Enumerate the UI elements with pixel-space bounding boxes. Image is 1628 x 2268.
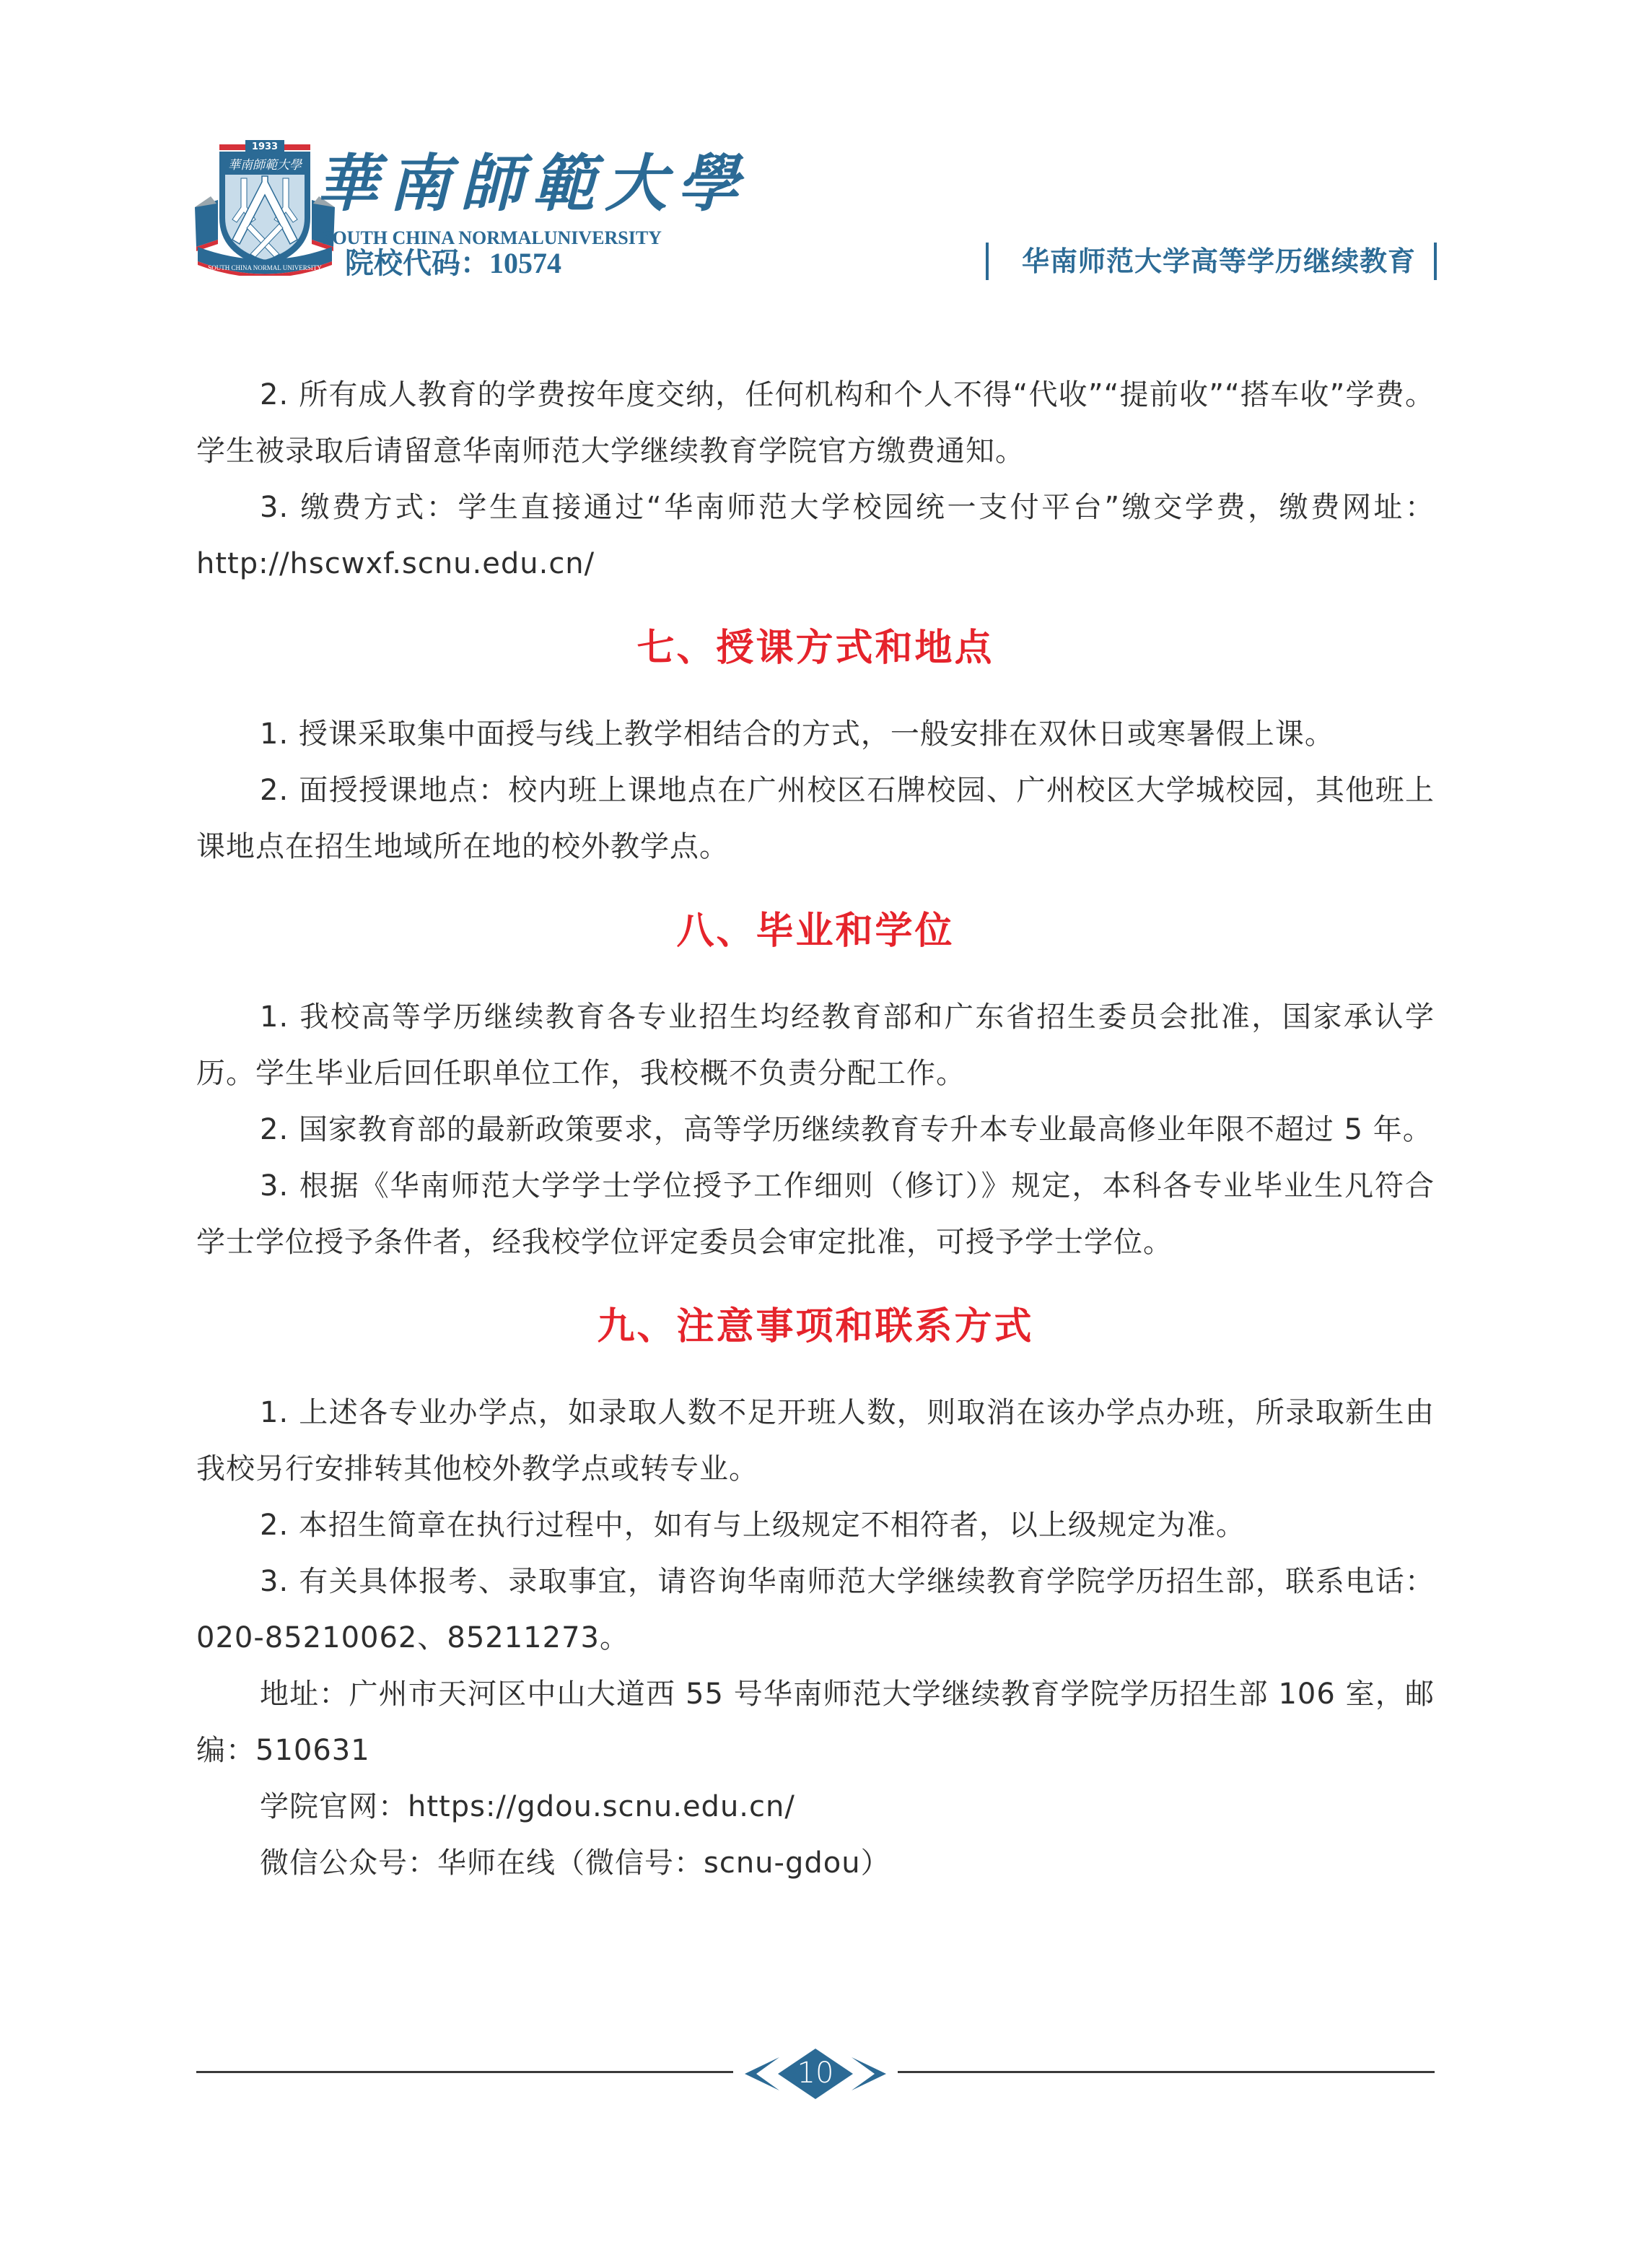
paragraph-teaching-mode: 1. 授课采取集中面授与线上教学相结合的方式，一般安排在双休日或寒暑假上课。 (196, 706, 1435, 762)
page-number: 10 (745, 2054, 886, 2092)
paragraph-regulation-priority: 2. 本招生简章在执行过程中，如有与上级规定不相符者，以上级规定为准。 (196, 1497, 1435, 1553)
svg-text:華南師範大學: 華南師範大學 (228, 158, 303, 173)
header-divider-left (986, 243, 989, 280)
header-section-title: 华南师范大学高等学历继续教育 (986, 243, 1437, 280)
paragraph-graduation-approval: 1. 我校高等学历继续教育各专业招生均经教育部和广东省招生委员会批准，国家承认学… (196, 989, 1435, 1102)
paragraph-contact-phone: 3. 有关具体报考、录取事宜，请咨询华南师范大学继续教育学院学历招生部，联系电话… (196, 1553, 1435, 1666)
header-divider-right (1434, 243, 1437, 280)
footer-rule-right (898, 2071, 1435, 2073)
footer-rule-left (196, 2071, 733, 2073)
university-english-name: SOUTH CHINA NORMALUNIVERSITY (322, 227, 662, 249)
paragraph-website: 学院官网：https://gdou.scnu.edu.cn/ (196, 1779, 1435, 1835)
school-code: 院校代码：10574 (345, 247, 561, 280)
paragraph-address: 地址：广州市天河区中山大道西 55 号华南师范大学继续教育学院学历招生部 106… (196, 1666, 1435, 1779)
paragraph-payment-method: 3. 缴费方式：学生直接通过“华南师范大学校园统一支付平台”缴交学费，缴费网址：… (196, 479, 1435, 592)
svg-text:SOUTH CHINA NORMAL UNIVERSITY: SOUTH CHINA NORMAL UNIVERSITY (208, 264, 322, 271)
paragraph-degree-award: 3. 根据《华南师范大学学士学位授予工作细则（修订）》规定，本科各专业毕业生凡符… (196, 1158, 1435, 1270)
section-title-notes-contact: 九、注意事项和联系方式 (196, 1298, 1435, 1356)
document-body: 2. 所有成人教育的学费按年度交纳，任何机构和个人不得“代收”“提前收”“搭车收… (196, 367, 1435, 1891)
paragraph-teaching-location: 2. 面授授课地点：校内班上课地点在广州校区石牌校园、广州校区大学城校园，其他班… (196, 762, 1435, 875)
page-footer: 10 (196, 2049, 1435, 2099)
paragraph-wechat: 微信公众号：华师在线（微信号：scnu-gdou） (196, 1835, 1435, 1891)
university-logo-calligraphy: 華南師範大學 (316, 148, 749, 220)
header-title-text: 华南师范大学高等学历继续教育 (1022, 244, 1416, 279)
svg-text:1933: 1933 (252, 141, 278, 152)
paragraph-class-cancellation: 1. 上述各专业办学点，如录取人数不足开班人数，则取消在该办学点办班，所录取新生… (196, 1384, 1435, 1497)
paragraph-tuition-payment: 2. 所有成人教育的学费按年度交纳，任何机构和个人不得“代收”“提前收”“搭车收… (196, 367, 1435, 479)
page-number-badge: 10 (745, 2049, 886, 2099)
paragraph-study-duration: 2. 国家教育部的最新政策要求，高等学历继续教育专升本专业最高修业年限不超过 5… (196, 1102, 1435, 1158)
section-title-teaching: 七、授课方式和地点 (196, 619, 1435, 677)
section-title-graduation: 八、毕业和学位 (196, 902, 1435, 960)
